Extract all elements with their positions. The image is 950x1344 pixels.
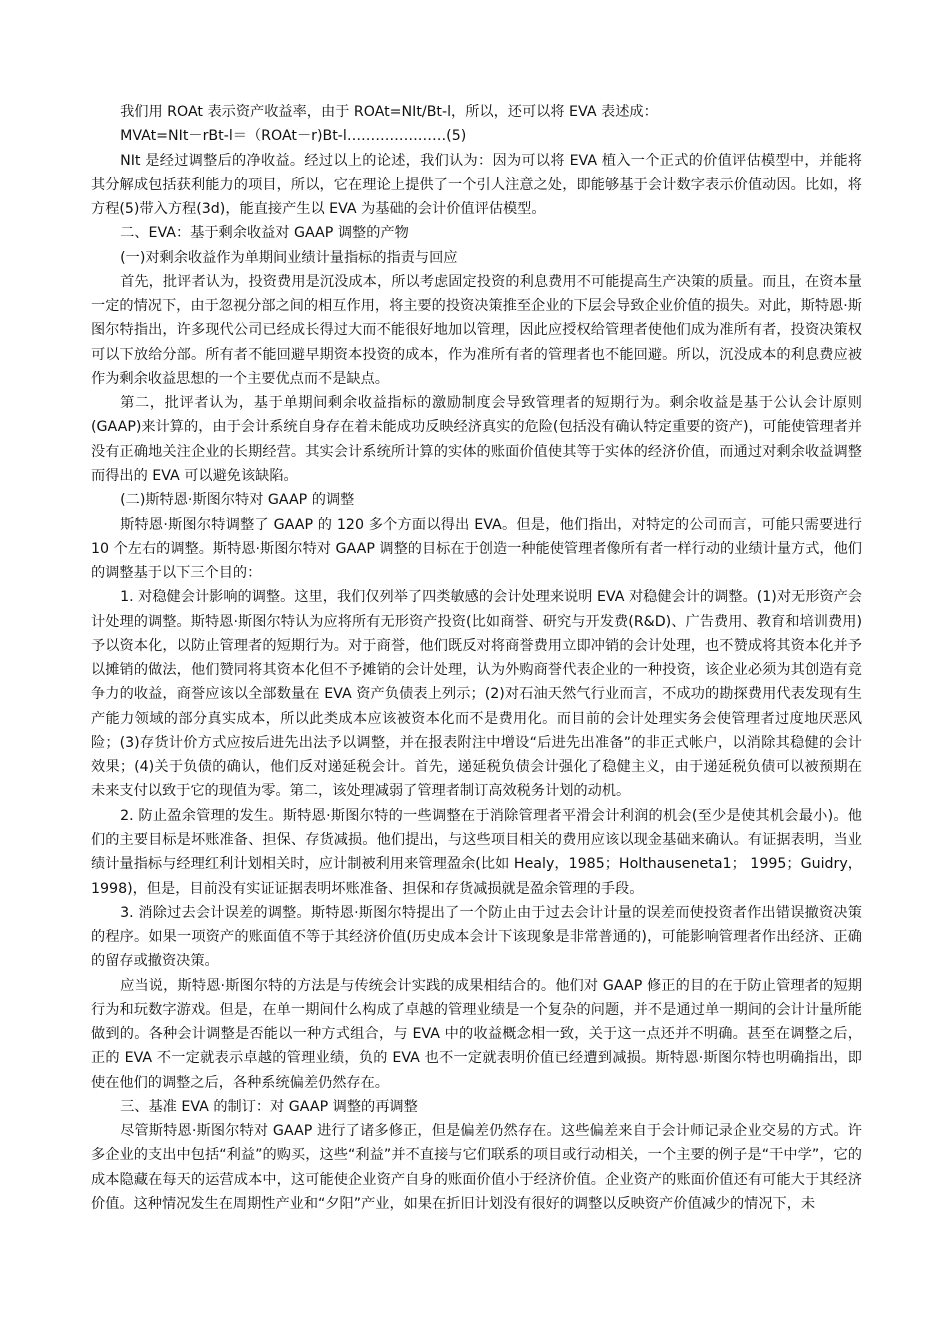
- section-heading-2: 二、EVA：基于剩余收益对 GAAP 调整的产物: [91, 221, 862, 245]
- subsection-heading-2-2: (二)斯特恩·斯图尔特对 GAAP 的调整: [91, 488, 862, 512]
- section-heading-3: 三、基准 EVA 的制订：对 GAAP 调整的再调整: [91, 1095, 862, 1119]
- paragraph-gaap-adjustments-intro: 斯特恩·斯图尔特调整了 GAAP 的 120 多个方面以得出 EVA。但是，他们…: [91, 513, 862, 586]
- subsection-heading-2-1: (一)对剩余收益作为单期间业绩计量指标的指责与回应: [91, 246, 862, 270]
- document-page: 我们用 ROAt 表示资产收益率，由于 ROAt=NIt/Bt-l，所以，还可以…: [91, 100, 862, 1216]
- paragraph-criticism-second: 第二，批评者认为，基于单期间剩余收益指标的激励制度会导致管理者的短期行为。剩余收…: [91, 391, 862, 488]
- paragraph-roa-definition: 我们用 ROAt 表示资产收益率，由于 ROAt=NIt/Bt-l，所以，还可以…: [91, 100, 862, 124]
- paragraph-criticism-first: 首先，批评者认为，投资费用是沉没成本，所以考虑固定投资的利息费用不可能提高生产决…: [91, 270, 862, 391]
- paragraph-nit-explanation: NIt 是经过调整后的净收益。经过以上的论述，我们认为：因为可以将 EVA 植入…: [91, 149, 862, 222]
- paragraph-benchmark-eva: 尽管斯特恩·斯图尔特对 GAAP 进行了诸多修正，但是偏差仍然存在。这些偏差来自…: [91, 1119, 862, 1216]
- paragraph-assessment: 应当说，斯特恩·斯图尔特的方法是与传统会计实践的成果相结合的。他们对 GAAP …: [91, 974, 862, 1095]
- paragraph-point-3-past-errors: 3. 消除过去会计误差的调整。斯特恩·斯图尔特提出了一个防止由于过去会计计量的误…: [91, 901, 862, 974]
- paragraph-point-2-earnings-management: 2. 防止盈余管理的发生。斯特恩·斯图尔特的一些调整在于消除管理者平滑会计利润的…: [91, 804, 862, 901]
- paragraph-point-1-conservatism: 1. 对稳健会计影响的调整。这里，我们仅列举了四类敏感的会计处理来说明 EVA …: [91, 585, 862, 803]
- formula-mva-5: MVAt=NIt－rBt-l＝（ROAt－r)Bt-l…………………(5): [91, 124, 862, 148]
